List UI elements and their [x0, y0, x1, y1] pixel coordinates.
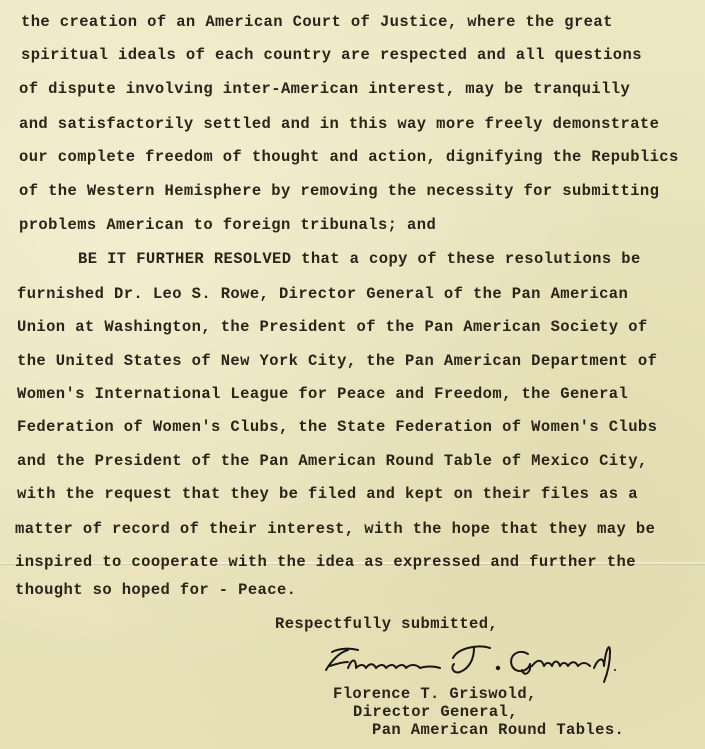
handwritten-signature	[318, 638, 618, 688]
body-line: Women's International League for Peace a…	[17, 384, 628, 404]
body-line: spiritual ideals of each country are res…	[21, 45, 642, 65]
body-line: matter of record of their interest, with…	[15, 519, 655, 539]
body-line: of the Western Hemisphere by removing th…	[19, 181, 659, 201]
body-line: the United States of New York City, the …	[17, 351, 657, 371]
body-line: and satisfactorily settled and in this w…	[19, 114, 659, 134]
body-line: the creation of an American Court of Jus…	[21, 12, 613, 32]
body-line: our complete freedom of thought and acti…	[19, 147, 679, 167]
body-line: furnished Dr. Leo S. Rowe, Director Gene…	[17, 284, 628, 304]
document-page: the creation of an American Court of Jus…	[0, 0, 705, 749]
body-line: thought so hoped for - Peace.	[15, 580, 296, 600]
body-line: and the President of the Pan American Ro…	[17, 451, 648, 471]
body-line: Federation of Women's Clubs, the State F…	[17, 417, 657, 437]
signer-title: Director General,	[353, 702, 518, 722]
body-line: inspired to cooperate with the idea as e…	[15, 552, 636, 572]
body-line-resolved: BE IT FURTHER RESOLVED that a copy of th…	[78, 249, 641, 269]
signer-organization: Pan American Round Tables.	[372, 720, 624, 740]
signer-name: Florence T. Griswold,	[333, 684, 537, 704]
body-line: Union at Washington, the President of th…	[17, 317, 648, 337]
body-line: problems American to foreign tribunals; …	[19, 215, 436, 235]
body-line: of dispute involving inter-American inte…	[19, 79, 630, 99]
closing-text: Respectfully submitted,	[275, 614, 498, 634]
body-line: with the request that they be filed and …	[17, 484, 638, 504]
